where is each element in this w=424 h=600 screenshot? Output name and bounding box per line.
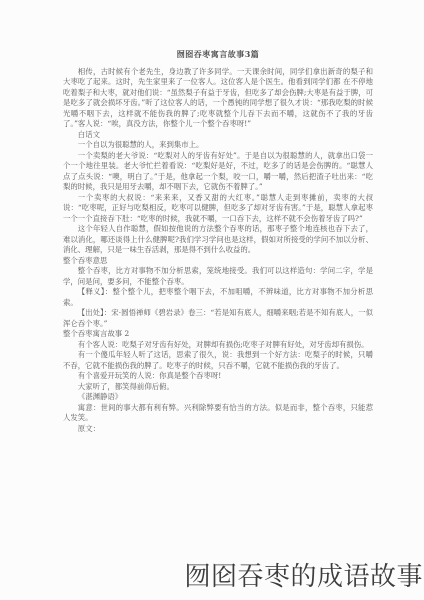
paragraph: 白话文 xyxy=(63,130,373,141)
paragraph: 寓意：世间的事大都有利有弊。兴利除弊要有恰当的方法。似是而非，整个吞枣，只能惹人… xyxy=(63,403,373,424)
document-page: 囫囵吞枣寓言故事3篇 相传，古时候有个老先生，身边教了许多同学。一天课余时间，同… xyxy=(0,0,424,600)
section-heading: 整个吞枣意思 xyxy=(63,256,373,267)
paragraph: 有个喜爱开玩笑的人说：你真是整个吞枣呀! xyxy=(63,371,373,382)
paragraph: 一个卖梨的老大爷说：“吃梨对人的牙齿有好处”。于是自以为很聪慧的人，就拿出口袋一… xyxy=(63,151,373,193)
paragraph: 相传，古时候有个老先生，身边教了许多同学。一天课余时间，同学们拿出新奇的梨子和大… xyxy=(63,67,373,130)
section-heading: 整个吞枣寓言故事 2 xyxy=(63,329,373,340)
paragraph: 【出处】：宋·圆悟禅师《碧岩录》卷三：“若是知有底人，细嚼来咽;若是不知有底人，… xyxy=(63,308,373,329)
paragraph: 大家听了，都笑得前仰后俯。 xyxy=(63,382,373,393)
paragraph: 有一个傻瓜年轻人听了这话，思索了很久，说：我想到一个好方法：吃梨子的时候，只嚼不… xyxy=(63,350,373,371)
bottom-caption: 囫囵吞枣的成语故事 xyxy=(184,556,423,593)
paragraph: 一个卖枣的大叔说：“来来来，又香又甜的大红枣。”聪慧人走到枣摊前，卖枣的大叔说：… xyxy=(63,193,373,225)
paragraph: 《湛渊静语》 xyxy=(63,392,373,403)
paragraph: 原文： xyxy=(63,424,373,435)
document-body: 囫囵吞枣寓言故事3篇 相传，古时候有个老先生，身边教了许多同学。一天课余时间，同… xyxy=(63,49,373,434)
paragraph: 整个吞枣，比方对事物不加分析思索，笼统地接受。我们可以这样造句：学问二字，学是学… xyxy=(63,266,373,287)
paragraph: 一个自以为很聪慧的人，来到集市上。 xyxy=(63,140,373,151)
paragraph: 这个年轻人自作聪慧，假如按他说的方法整个吞枣的话，那枣子整个地连核也吞下去了，难… xyxy=(63,224,373,256)
paragraph: 有个客人说：吃梨子对牙齿有好处，对脾却有损伤;吃枣子对脾有好处，对牙齿却有损伤。 xyxy=(63,340,373,351)
paragraph: 【释义】：整个整个儿，把枣整个咽下去，不加咀嚼，不辨味道，比方对事物不加分析思索… xyxy=(63,287,373,308)
page-title: 囫囵吞枣寓言故事3篇 xyxy=(63,49,373,60)
